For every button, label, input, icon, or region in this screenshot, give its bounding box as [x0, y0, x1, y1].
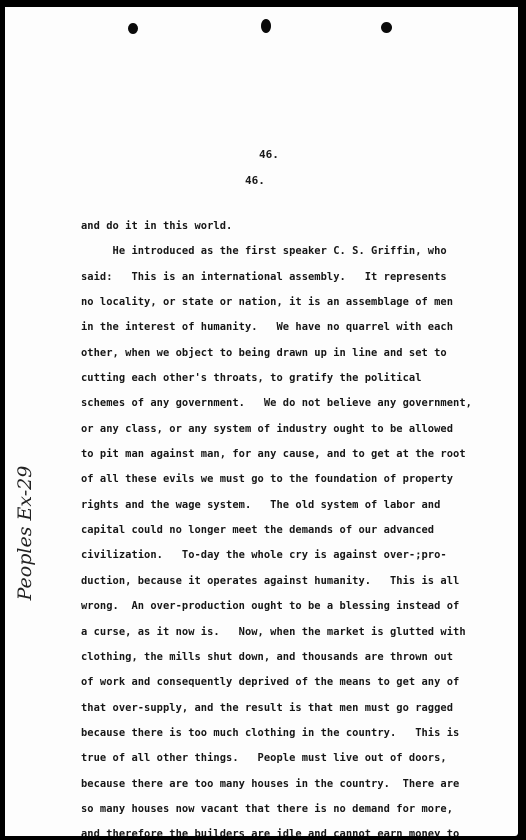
text-line: that over-supply, and the result is that… [81, 696, 518, 721]
text-line: wrong. An over-production ought to be a … [81, 594, 518, 619]
text-line: other, when we object to being drawn up … [81, 341, 518, 366]
text-line: of work and consequently deprived of the… [81, 670, 518, 695]
text-line: because there is too much clothing in th… [81, 721, 518, 746]
text-line: so many houses now vacant that there is … [81, 797, 518, 822]
document-page: 46. 46. Peoples Ex-29 and do it in this … [5, 7, 518, 836]
text-line: no locality, or state or nation, it is a… [81, 290, 518, 315]
text-line: clothing, the mills shut down, and thous… [81, 645, 518, 670]
punch-hole-center [261, 19, 271, 33]
text-line: because there are too many houses in the… [81, 772, 518, 797]
text-line: schemes of any government. We do not bel… [81, 391, 518, 416]
text-line: He introduced as the first speaker C. S.… [81, 239, 518, 264]
text-line: civilization. To-day the whole cry is ag… [81, 543, 518, 568]
text-line: in the interest of humanity. We have no … [81, 315, 518, 340]
margin-handwritten-annotation: Peoples Ex-29 [9, 452, 33, 612]
document-body: and do it in this world. He introduced a… [81, 214, 518, 836]
text-line: to pit man against man, for any cause, a… [81, 442, 518, 467]
text-line: true of all other things. People must li… [81, 746, 518, 771]
text-line: said: This is an international assembly.… [81, 265, 518, 290]
text-line: duction, because it operates against hum… [81, 569, 518, 594]
annotation-text: Peoples Ex-29 [14, 453, 36, 613]
punch-hole-left [128, 23, 138, 34]
text-line: a curse, as it now is. Now, when the mar… [81, 620, 518, 645]
text-line: of all these evils we must go to the fou… [81, 467, 518, 492]
text-line: and do it in this world. [81, 214, 518, 239]
page-number-second: 46. [245, 174, 265, 187]
text-line: rights and the wage system. The old syst… [81, 493, 518, 518]
punch-hole-right [381, 22, 392, 33]
text-line: or any class, or any system of industry … [81, 417, 518, 442]
text-line: and therefore the builders are idle and … [81, 822, 518, 836]
page-number-top: 46. [259, 148, 279, 161]
text-line: capital could no longer meet the demands… [81, 518, 518, 543]
text-line: cutting each other's throats, to gratify… [81, 366, 518, 391]
